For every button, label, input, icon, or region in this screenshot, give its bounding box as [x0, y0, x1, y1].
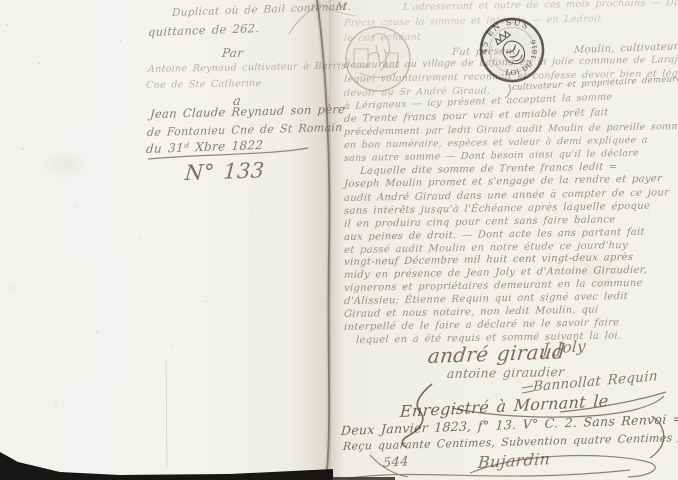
registration-folio: 544 — [383, 455, 409, 470]
paper-stain — [40, 150, 90, 180]
paper-speckles — [0, 0, 2, 2]
body-line: le cas échéant — [344, 33, 422, 44]
signature-j-joly: J Joly — [542, 339, 586, 357]
corner-note: M. — [335, 1, 352, 12]
left-party-line: Cne de Ste Catherine — [146, 79, 262, 91]
signature-registrar: Bujardin — [477, 451, 551, 471]
left-par-label: Par — [221, 47, 244, 59]
page-number: N° 133 — [184, 160, 265, 184]
document-scan: Duplicat où de Bail contenant quittance … — [0, 0, 678, 480]
